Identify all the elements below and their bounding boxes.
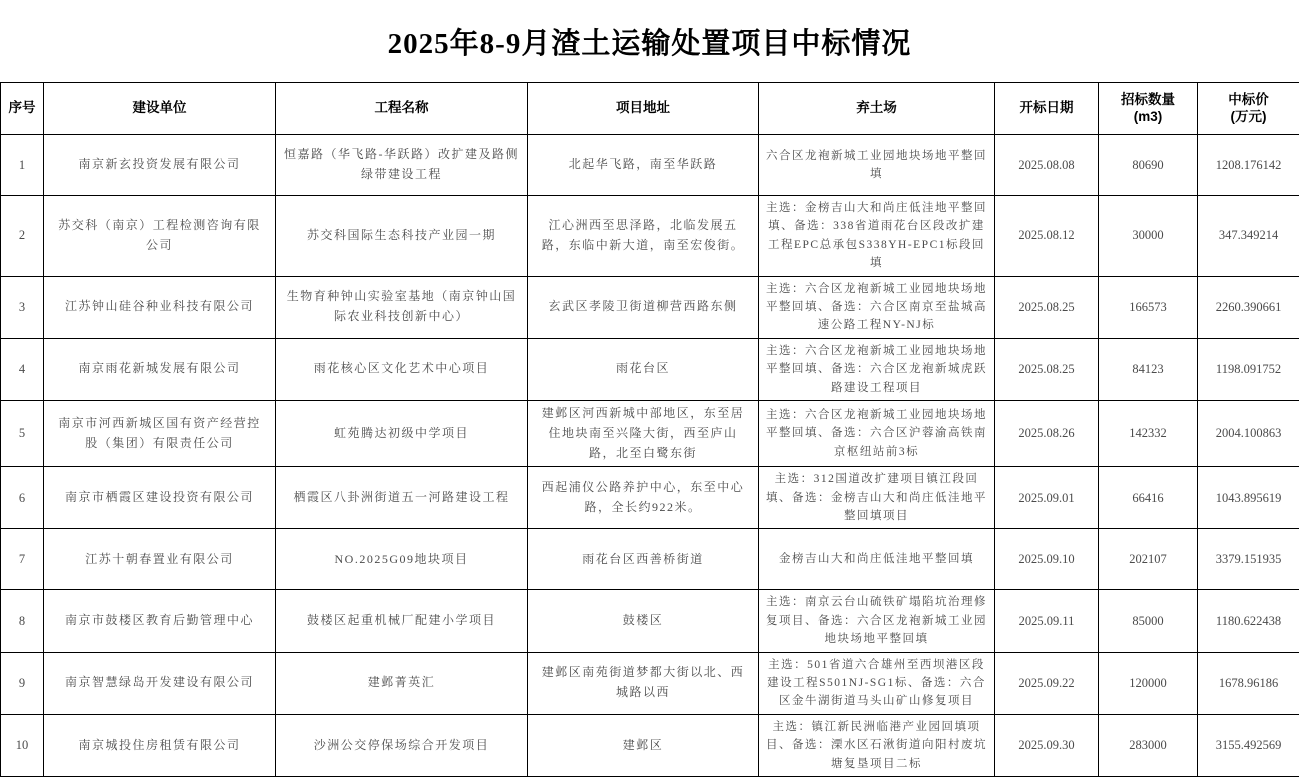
cell-dump: 主选：镇江新民洲临港产业园回填项目、备选：溧水区石湫街道向阳村废坑塘复垦项目二标 — [759, 714, 995, 776]
cell-no: 2 — [1, 196, 44, 277]
cell-unit: 江苏钟山硅谷种业科技有限公司 — [44, 276, 276, 338]
cell-price: 1043.895619 — [1198, 467, 1299, 529]
cell-address: 江心洲西至思泽路，北临发展五路，东临中新大道，南至宏俊街。 — [528, 196, 759, 277]
cell-address: 雨花台区 — [528, 338, 759, 400]
table-row: 7江苏十朝春置业有限公司NO.2025G09地块项目雨花台区西善桥街道金榜吉山大… — [1, 529, 1299, 590]
cell-price: 1208.176142 — [1198, 135, 1299, 196]
table-row: 1南京新玄投资发展有限公司恒嘉路（华飞路-华跃路）改扩建及路侧绿带建设工程北起华… — [1, 135, 1299, 196]
cell-address: 建邺区河西新城中部地区，东至居住地块南至兴隆大街，西至庐山路，北至白鹭东街 — [528, 400, 759, 466]
cell-qty: 120000 — [1099, 652, 1198, 714]
cell-date: 2025.08.26 — [995, 400, 1099, 466]
title-bar: 2025年8-9月渣土运输处置项目中标情况 — [0, 0, 1299, 82]
cell-date: 2025.09.30 — [995, 714, 1099, 776]
table-row: 8南京市鼓楼区教育后勤管理中心鼓楼区起重机械厂配建小学项目鼓楼区主选：南京云台山… — [1, 590, 1299, 652]
cell-project: 虹苑腾达初级中学项目 — [276, 400, 528, 466]
table-row: 6南京市栖霞区建设投资有限公司栖霞区八卦洲街道五一河路建设工程西起浦仪公路养护中… — [1, 467, 1299, 529]
cell-no: 1 — [1, 135, 44, 196]
cell-qty: 283000 — [1099, 714, 1198, 776]
cell-price: 2004.100863 — [1198, 400, 1299, 466]
cell-unit: 江苏十朝春置业有限公司 — [44, 529, 276, 590]
cell-no: 7 — [1, 529, 44, 590]
cell-price: 3155.492569 — [1198, 714, 1299, 776]
table-row: 9南京智慧绿岛开发建设有限公司建邺菁英汇建邺区南苑街道梦都大街以北、西城路以西主… — [1, 652, 1299, 714]
cell-unit: 南京新玄投资发展有限公司 — [44, 135, 276, 196]
header-row: 序号 建设单位 工程名称 项目地址 弃土场 开标日期 招标数量 (m3) 中标价… — [1, 83, 1299, 135]
cell-project: 建邺菁英汇 — [276, 652, 528, 714]
cell-qty: 66416 — [1099, 467, 1198, 529]
cell-no: 3 — [1, 276, 44, 338]
cell-project: 栖霞区八卦洲街道五一河路建设工程 — [276, 467, 528, 529]
cell-date: 2025.08.25 — [995, 338, 1099, 400]
table-body: 1南京新玄投资发展有限公司恒嘉路（华飞路-华跃路）改扩建及路侧绿带建设工程北起华… — [1, 135, 1299, 777]
cell-price: 2260.390661 — [1198, 276, 1299, 338]
cell-unit: 南京市栖霞区建设投资有限公司 — [44, 467, 276, 529]
cell-date: 2025.09.22 — [995, 652, 1099, 714]
cell-no: 6 — [1, 467, 44, 529]
header-unit: 建设单位 — [44, 83, 276, 135]
cell-no: 5 — [1, 400, 44, 466]
header-address: 项目地址 — [528, 83, 759, 135]
cell-address: 玄武区孝陵卫街道柳营西路东侧 — [528, 276, 759, 338]
header-qty: 招标数量 (m3) — [1099, 83, 1198, 135]
cell-dump: 主选：六合区龙袍新城工业园地块场地平整回填、备选：六合区龙袍新城虎跃路建设工程项… — [759, 338, 995, 400]
cell-no: 10 — [1, 714, 44, 776]
cell-date: 2025.09.01 — [995, 467, 1099, 529]
cell-qty: 85000 — [1099, 590, 1198, 652]
cell-no: 9 — [1, 652, 44, 714]
cell-unit: 苏交科（南京）工程检测咨询有限公司 — [44, 196, 276, 277]
cell-no: 8 — [1, 590, 44, 652]
cell-date: 2025.08.08 — [995, 135, 1099, 196]
cell-address: 西起浦仪公路养护中心，东至中心路，全长约922米。 — [528, 467, 759, 529]
bid-results-table: 序号 建设单位 工程名称 项目地址 弃土场 开标日期 招标数量 (m3) 中标价… — [0, 82, 1299, 777]
cell-date: 2025.09.11 — [995, 590, 1099, 652]
cell-price: 347.349214 — [1198, 196, 1299, 277]
cell-address: 建邺区 — [528, 714, 759, 776]
cell-dump: 主选：312国道改扩建项目镇江段回填、备选：金榜吉山大和尚庄低洼地平整回填项目 — [759, 467, 995, 529]
table-row: 4南京雨花新城发展有限公司雨花核心区文化艺术中心项目雨花台区主选：六合区龙袍新城… — [1, 338, 1299, 400]
table-row: 3江苏钟山硅谷种业科技有限公司生物育种钟山实验室基地（南京钟山国际农业科技创新中… — [1, 276, 1299, 338]
cell-dump: 主选：六合区龙袍新城工业园地块场地平整回填、备选：六合区沪蓉渝高铁南京枢纽站前3… — [759, 400, 995, 466]
cell-unit: 南京城投住房租赁有限公司 — [44, 714, 276, 776]
cell-price: 1198.091752 — [1198, 338, 1299, 400]
cell-dump: 主选：金榜吉山大和尚庄低洼地平整回填、备选：338省道雨花台区段改扩建工程EPC… — [759, 196, 995, 277]
cell-project: 雨花核心区文化艺术中心项目 — [276, 338, 528, 400]
cell-address: 建邺区南苑街道梦都大街以北、西城路以西 — [528, 652, 759, 714]
cell-project: 恒嘉路（华飞路-华跃路）改扩建及路侧绿带建设工程 — [276, 135, 528, 196]
cell-project: 鼓楼区起重机械厂配建小学项目 — [276, 590, 528, 652]
header-price: 中标价 (万元) — [1198, 83, 1299, 135]
table-row: 5南京市河西新城区国有资产经营控股（集团）有限责任公司虹苑腾达初级中学项目建邺区… — [1, 400, 1299, 466]
cell-address: 鼓楼区 — [528, 590, 759, 652]
cell-project: 生物育种钟山实验室基地（南京钟山国际农业科技创新中心） — [276, 276, 528, 338]
cell-no: 4 — [1, 338, 44, 400]
header-dump: 弃土场 — [759, 83, 995, 135]
cell-dump: 六合区龙袍新城工业园地块场地平整回填 — [759, 135, 995, 196]
cell-project: NO.2025G09地块项目 — [276, 529, 528, 590]
cell-unit: 南京智慧绿岛开发建设有限公司 — [44, 652, 276, 714]
cell-price: 1678.96186 — [1198, 652, 1299, 714]
cell-date: 2025.08.12 — [995, 196, 1099, 277]
cell-qty: 142332 — [1099, 400, 1198, 466]
cell-dump: 主选：南京云台山硫铁矿塌陷坑治理修复项目、备选：六合区龙袍新城工业园地块场地平整… — [759, 590, 995, 652]
cell-date: 2025.09.10 — [995, 529, 1099, 590]
cell-price: 1180.622438 — [1198, 590, 1299, 652]
cell-address: 北起华飞路，南至华跃路 — [528, 135, 759, 196]
cell-unit: 南京雨花新城发展有限公司 — [44, 338, 276, 400]
header-project: 工程名称 — [276, 83, 528, 135]
cell-qty: 84123 — [1099, 338, 1198, 400]
cell-dump: 金榜吉山大和尚庄低洼地平整回填 — [759, 529, 995, 590]
header-date: 开标日期 — [995, 83, 1099, 135]
cell-qty: 30000 — [1099, 196, 1198, 277]
cell-qty: 202107 — [1099, 529, 1198, 590]
cell-dump: 主选：501省道六合雄州至西坝港区段建设工程S501NJ-SG1标、备选：六合区… — [759, 652, 995, 714]
document-page: 2025年8-9月渣土运输处置项目中标情况 序号 建设单位 工程名称 项目地址 … — [0, 0, 1299, 777]
cell-unit: 南京市鼓楼区教育后勤管理中心 — [44, 590, 276, 652]
cell-address: 雨花台区西善桥街道 — [528, 529, 759, 590]
cell-qty: 166573 — [1099, 276, 1198, 338]
table-row: 10南京城投住房租赁有限公司沙洲公交停保场综合开发项目建邺区主选：镇江新民洲临港… — [1, 714, 1299, 776]
header-no: 序号 — [1, 83, 44, 135]
page-title: 2025年8-9月渣土运输处置项目中标情况 — [388, 21, 912, 62]
table-row: 2苏交科（南京）工程检测咨询有限公司苏交科国际生态科技产业园一期江心洲西至思泽路… — [1, 196, 1299, 277]
cell-qty: 80690 — [1099, 135, 1198, 196]
cell-date: 2025.08.25 — [995, 276, 1099, 338]
cell-unit: 南京市河西新城区国有资产经营控股（集团）有限责任公司 — [44, 400, 276, 466]
cell-project: 沙洲公交停保场综合开发项目 — [276, 714, 528, 776]
cell-price: 3379.151935 — [1198, 529, 1299, 590]
table-header: 序号 建设单位 工程名称 项目地址 弃土场 开标日期 招标数量 (m3) 中标价… — [1, 83, 1299, 135]
cell-project: 苏交科国际生态科技产业园一期 — [276, 196, 528, 277]
cell-dump: 主选：六合区龙袍新城工业园地块场地平整回填、备选：六合区南京至盐城高速公路工程N… — [759, 276, 995, 338]
